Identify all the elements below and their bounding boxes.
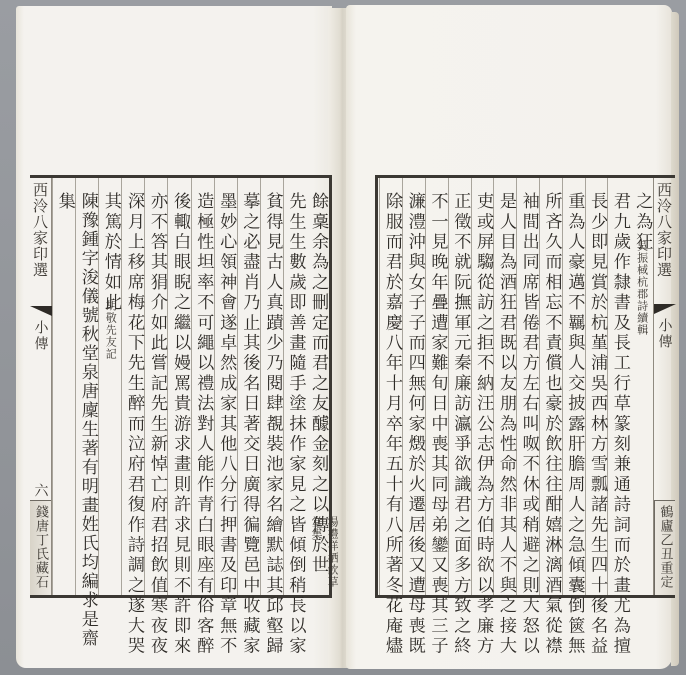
text-column: 長少即見賞於杭堇浦吳西林方雪瓢諸先生四十後名益 [585, 178, 608, 595]
column-text: 所吝久而相忘不責償也豪於飲往往酣嬉淋漓酒氣從襟 [542, 192, 559, 657]
column-text: 集 [56, 192, 73, 212]
right-text-frame: 之為狂 吳振棫杭郡詩續輯 君九歲作隸書及長工行草篆刻兼通詩詞而於畫尤為擅 長少即… [375, 175, 675, 598]
column-text: 後輙白眼睨之繼以嫚罵貴游求畫則許求見則不許即來 [171, 192, 188, 657]
text-column: 造極性坦率不可繩以禮法對人能作青白眼座有俗客醉 [191, 178, 214, 595]
column-text: 吏或屏騶從訪之拒不納汪公志伊為方伯時欲以孝廉方 [474, 192, 491, 657]
column-text: 陳豫鍾字浚儀號秋堂泉唐廩生著有明畫姓氏均編求是齋 [79, 192, 96, 648]
text-column: 重為人豪邁不羈與人交披露肝膽周人之急傾囊倒篋無 [562, 178, 585, 595]
column-text: 亦不答其狷介如此嘗記先生新悼亡府君招飲值寒夜夜 [148, 192, 165, 657]
text-column: 濂澧沖與女子子而四無何家燬於火遷居後又遭母喪既 [402, 178, 425, 595]
banxin-section: 小傳 [31, 320, 51, 352]
left-columns: 餘稾余為之刪定而君之友醵金刻之以傳於世 湯禮祥栖飲草堂集 先生生數歲即善畫隨手塗… [52, 178, 329, 595]
left-banxin: 西泠八家印選 小傳 六 錢唐丁氏藏石 [30, 178, 52, 595]
banxin-lower-block: 鶴廬乙丑重定 [654, 500, 675, 595]
text-column: 袖間出同席皆倦君方左右叫呶不休或稍避之則大怒以 [516, 178, 539, 595]
column-text: 是人目為酒狂君既以友朋為性命然非其人不與之接大 [497, 192, 514, 657]
page-number: 六 [31, 483, 51, 499]
column-text: 墨妙心領神會遂卓然成家其他八分行押書及印章無不 [217, 192, 234, 657]
column-text: 造極性坦率不可繩以禮法對人能作青白眼座有俗客醉 [194, 192, 211, 657]
banxin-section: 小傳 [655, 318, 675, 350]
text-column: 先生生數歲即善畫隨手塗抹作家見之皆傾倒稍長以家 [283, 178, 306, 595]
column-text: 君九歲作隸書及長工行草篆刻兼通詩詞而於畫尤為擅 [611, 192, 628, 657]
column-text: 袖間出同席皆倦君方左右叫呶不休或稍避之則大怒以 [520, 192, 537, 657]
column-text: 不一見晚年疊遭家難旬日中喪其同母弟鑾又喪其三子 [428, 192, 445, 657]
fishtail-icon [30, 306, 52, 316]
column-text: 濂澧沖與女子子而四無何家燬於火遷居後又遭母喪既 [406, 192, 423, 657]
text-column: 餘稾余為之刪定而君之友醵金刻之以傳於世 湯禮祥栖飲草堂集 [306, 178, 329, 595]
text-column: 陳豫鍾字浚儀號秋堂泉唐廩生著有明畫姓氏均編求是齋 [75, 178, 98, 595]
text-column: 不一見晚年疊遭家難旬日中喪其同母弟鑾又喪其三子 [425, 178, 448, 595]
text-column: 後輙白眼睨之繼以嫚罵貴游求畫則許求見則不許即來 [167, 178, 190, 595]
column-text: 深月上移席梅花下先生醉而泣府君復作詩調之遂大哭 [125, 192, 142, 657]
colophon: 錢唐丁氏藏石 [31, 505, 50, 589]
text-column: 深月上移席梅花下先生醉而泣府君復作詩調之遂大哭 [121, 178, 144, 595]
column-note: 胡敬先友記 [102, 300, 118, 360]
fishtail-icon [654, 304, 676, 314]
column-note: 湯禮祥栖飲草堂集 [308, 516, 340, 595]
column-text: 重為人豪邁不羈與人交披露肝膽周人之急傾囊倒篋無 [565, 192, 582, 657]
column-text: 長少即見賞於杭堇浦吳西林方雪瓢諸先生四十後名益 [588, 192, 605, 657]
text-column: 所吝久而相忘不責償也豪於飲往往酣嬉淋漓酒氣從襟 [539, 178, 562, 595]
text-column: 吏或屏騶從訪之拒不納汪公志伊為方伯時欲以孝廉方 [471, 178, 494, 595]
text-column: 貧得見古人真蹟少乃閱肆覩裝池家名繪默誌其邱壑歸 [260, 178, 283, 595]
column-text: 摹之必盡肖乃止其後名日著交日廣得徧覽邑中收藏家 [240, 192, 257, 657]
column-text: 其篤於情如此 [102, 192, 119, 313]
text-column: 集 [52, 178, 75, 595]
banxin-title: 西泠八家印選 [30, 182, 51, 278]
text-column: 墨妙心領神會遂卓然成家其他八分行押書及印章無不 [214, 178, 237, 595]
text-column: 摹之必盡肖乃止其後名日著交日廣得徧覽邑中收藏家 [237, 178, 260, 595]
right-banxin: 西泠八家印選 小傳 鶴廬乙丑重定 [653, 178, 675, 595]
column-text: 正徵不就阮撫軍元秦廉訪瀛爭欲識君之面多方致之終 [451, 192, 468, 657]
column-text: 先生生數歲即善畫隨手塗抹作家見之皆傾倒稍長以家 [286, 192, 303, 657]
right-columns: 之為狂 吳振棫杭郡詩續輯 君九歲作隸書及長工行草篆刻兼通詩詞而於畫尤為擅 長少即… [378, 178, 653, 595]
text-column: 君九歲作隸書及長工行草篆刻兼通詩詞而於畫尤為擅 [607, 178, 630, 595]
text-column: 之為狂 吳振棫杭郡詩續輯 [630, 178, 653, 595]
column-note: 吳振棫杭郡詩續輯 [634, 240, 650, 336]
text-column: 除服而君於嘉慶八年十月卒年五十有八所著冬花庵燼 [379, 178, 402, 595]
colophon: 鶴廬乙丑重定 [656, 505, 675, 589]
column-text: 貧得見古人真蹟少乃閱肆覩裝池家名繪默誌其邱壑歸 [263, 192, 280, 657]
text-column: 其篤於情如此 胡敬先友記 [98, 178, 121, 595]
left-text-frame: 西泠八家印選 小傳 六 錢唐丁氏藏石 餘稾余為之刪定而君之友醵金刻之以傳於世 湯… [30, 175, 332, 598]
banxin-lower-block: 錢唐丁氏藏石 [30, 500, 51, 595]
column-text: 除服而君於嘉慶八年十月卒年五十有八所著冬花庵燼 [383, 192, 400, 657]
text-column: 是人目為酒狂君既以友朋為性命然非其人不與之接大 [493, 178, 516, 595]
text-column: 亦不答其狷介如此嘗記先生新悼亡府君招飲值寒夜夜 [144, 178, 167, 595]
banxin-title: 西泠八家印選 [654, 182, 675, 278]
text-column: 正徵不就阮撫軍元秦廉訪瀛爭欲識君之面多方致之終 [448, 178, 471, 595]
